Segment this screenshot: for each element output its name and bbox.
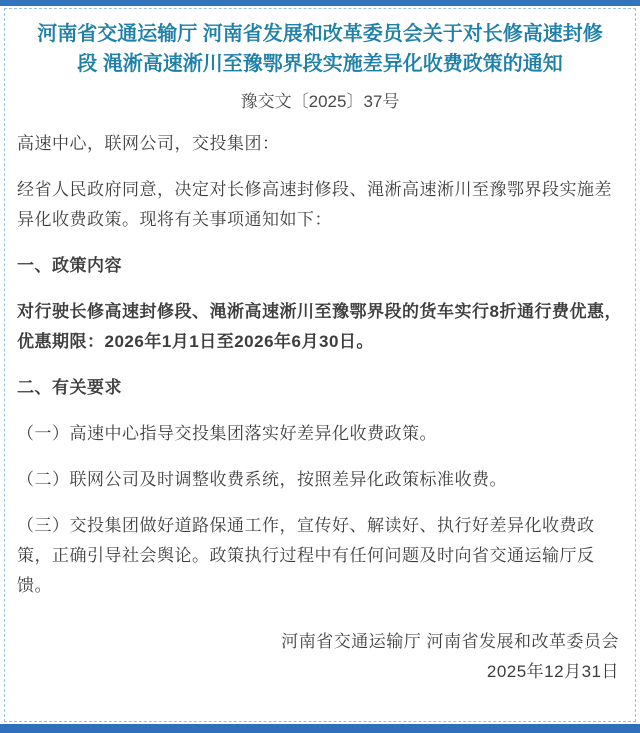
- page-title: 河南省交通运输厅 河南省发展和改革委员会关于对长修高速封修段 渑淅高速淅川至豫鄂…: [29, 19, 611, 79]
- doc-number: 豫交文〔2025〕37号: [15, 91, 625, 113]
- signature-block: 河南省交通运输厅 河南省发展和改革委员会 2025年12月31日: [15, 627, 625, 687]
- intro-paragraph: 经省人民政府同意，决定对长修高速封修段、渑淅高速淅川至豫鄂界段实施差异化收费政策…: [17, 175, 623, 235]
- issuing-authority: 河南省交通运输厅 河南省发展和改革委员会: [15, 627, 619, 657]
- document-frame: 河南省交通运输厅 河南省发展和改革委员会关于对长修高速封修段 渑淅高速淅川至豫鄂…: [4, 8, 636, 722]
- section-1-body: 对行驶长修高速封修段、渑淅高速淅川至豫鄂界段的货车实行8折通行费优惠，优惠期限：…: [17, 297, 623, 357]
- section-1-heading: 一、政策内容: [17, 251, 623, 281]
- requirement-item-3: （三）交投集团做好道路保通工作，宣传好、解读好、执行好差异化收费政策，正确引导社…: [17, 511, 623, 601]
- requirement-item-1: （一）高速中心指导交投集团落实好差异化收费政策。: [17, 419, 623, 449]
- salutation-line: 高速中心，联网公司，交投集团：: [17, 129, 623, 159]
- notice-document: 河南省交通运输厅 河南省发展和改革委员会关于对长修高速封修段 渑淅高速淅川至豫鄂…: [0, 0, 640, 733]
- top-divider-bar: [0, 0, 640, 6]
- bottom-divider-bar: [0, 724, 640, 733]
- requirement-item-2: （二）联网公司及时调整收费系统，按照差异化政策标准收费。: [17, 465, 623, 495]
- issue-date: 2025年12月31日: [15, 657, 619, 687]
- section-2-heading: 二、有关要求: [17, 373, 623, 403]
